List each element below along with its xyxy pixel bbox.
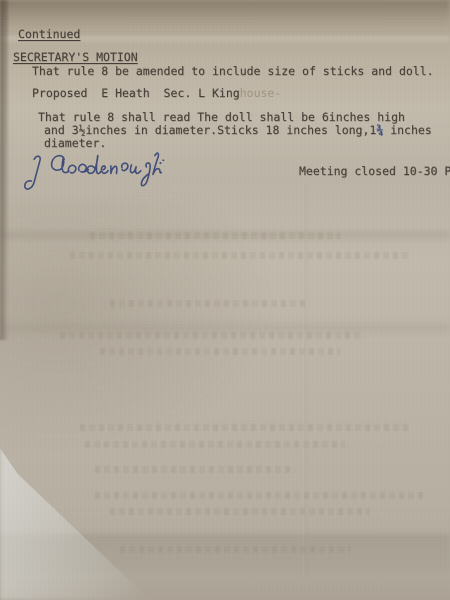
bleed-through-row <box>80 424 410 431</box>
amendment-line-2-end: inches <box>383 123 431 137</box>
proposed-faded-text: house- <box>240 86 282 100</box>
bleed-through-row <box>95 466 295 473</box>
motion-text-line: That rule 8 be amended to include size o… <box>32 65 434 78</box>
paper-vertical-crease <box>303 185 306 575</box>
bleed-through-row <box>100 348 340 355</box>
bleed-through-row <box>120 546 350 553</box>
bleed-through-row <box>110 508 370 515</box>
document-page: Continued SECRETARY'S MOTION That rule 8… <box>0 0 450 600</box>
bleed-through-row <box>90 232 340 239</box>
paper-shading <box>0 200 290 460</box>
heading-continued: Continued <box>18 28 80 41</box>
paper-wrinkle <box>0 320 450 336</box>
signature-j-goodenough <box>22 147 167 199</box>
bleed-through-row <box>95 492 425 499</box>
closing-line: Meeting closed 10-30 P <box>299 165 450 178</box>
bleed-through-row <box>85 441 345 448</box>
bleed-through-row <box>110 300 310 307</box>
proposed-text: Proposed E Heath Sec. L King <box>32 86 240 100</box>
amendment-line-2-text: and 3½inches in diameter.Sticks 18 inche… <box>44 123 376 137</box>
paper-top-shadow <box>0 0 450 30</box>
paper-fold <box>0 415 150 600</box>
bleed-through-row <box>60 332 360 339</box>
paper-bottom-shadow <box>0 534 450 572</box>
paper-left-edge-shadow <box>0 0 8 340</box>
paper-wrinkle <box>0 228 450 242</box>
bleed-through-row <box>70 252 410 259</box>
proposed-line: Proposed E Heath Sec. L Kinghouse- <box>32 87 281 100</box>
heading-secretarys-motion: SECRETARY'S MOTION <box>13 51 138 64</box>
